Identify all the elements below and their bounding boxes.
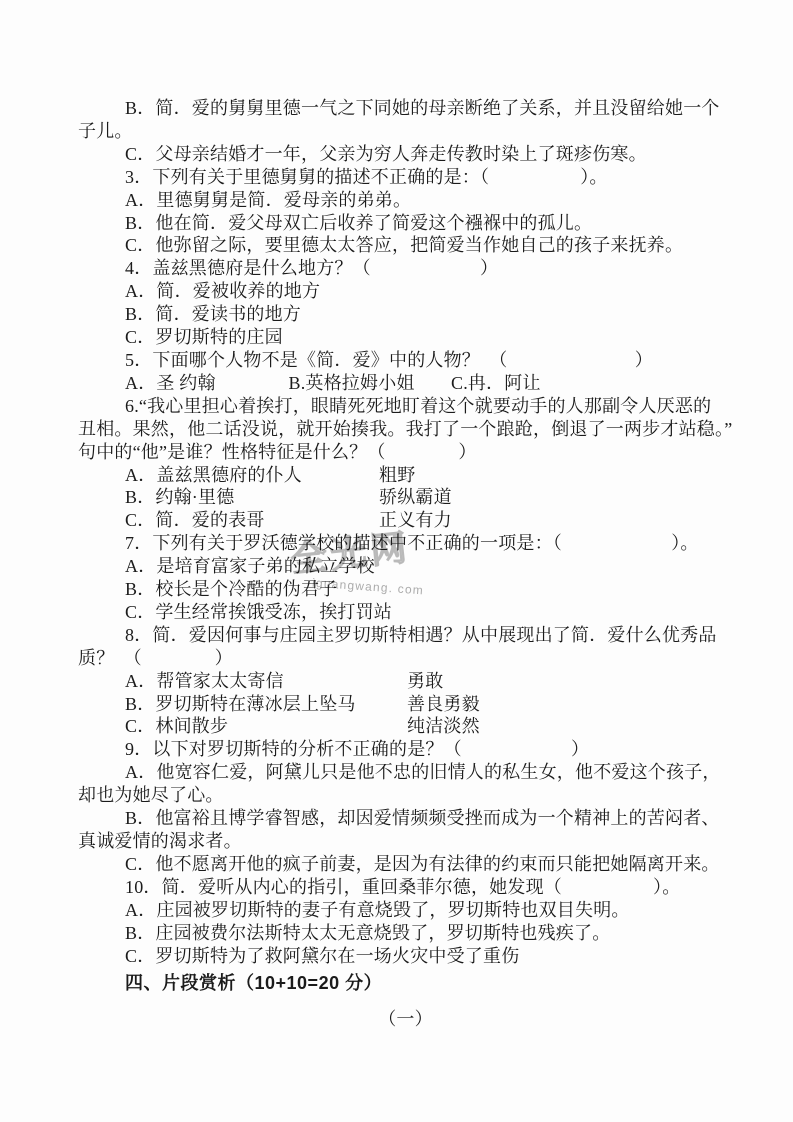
line-text: 6.“我心里担心着挨打，眼睛死死地盯着这个就要动手的人那副令人厌恶的 — [125, 396, 711, 416]
line-text: A．是培育富家子弟的私立学校 — [125, 556, 375, 576]
line-text: 7．下列有关于罗沃德学校的描述中不正确的一项是：（ ）。 — [125, 533, 699, 553]
text-line: C．父母亲结婚才一年，父亲为穷人奔走传教时染上了斑疹伤寒。 — [78, 143, 733, 166]
text-line: C．罗切斯特为了救阿黛尔在一场火灾中受了重伤 — [78, 945, 733, 968]
line-text: A．圣 约翰 B.英格拉姆小姐 C.冉．阿让 — [125, 373, 541, 393]
text-line: C．罗切斯特的庄园 — [78, 326, 733, 349]
text-line: B．简．爱的舅舅里德一气之下同她的母亲断绝了关系，并且没留给她一个 — [78, 97, 733, 120]
line-text: （一） — [378, 1009, 433, 1029]
text-line: 句中的“他”是谁？性格特征是什么？（ ） — [78, 441, 733, 464]
text-line: 10．简．爱听从内心的指引，重回桑菲尔德，她发现（ ）。 — [78, 876, 733, 899]
option-trait: 勇敢 — [360, 670, 443, 693]
option-trait: 正义有力 — [332, 509, 452, 532]
text-line: C．简．爱的表哥正义有力 — [78, 509, 733, 532]
text-line: 5．下面哪个人物不是《简．爱》中的人物？ （ ） — [78, 349, 733, 372]
text-line: C．林间散步纯洁淡然 — [78, 715, 733, 738]
line-text: B．他富裕且博学睿智感，却因爱情频频受挫而成为一个精神上的苦闷者、 — [125, 808, 720, 828]
line-text: B．罗切斯特在薄冰层上坠马 — [125, 694, 356, 714]
text-line: A．是培育富家子弟的私立学校 — [78, 555, 733, 578]
text-line: 9．以下对罗切斯特的分析不正确的是？（ ） — [78, 738, 733, 761]
section-heading: 四、片段赏析（10+10=20 分） — [78, 972, 733, 995]
document-body: B．简．爱的舅舅里德一气之下同她的母亲断绝了关系，并且没留给她一个子儿。C．父母… — [78, 97, 733, 1031]
line-text: B．他在简．爱父母双亡后收养了简爱这个襁褓中的孤儿。 — [125, 213, 592, 233]
line-text: C．罗切斯特为了救阿黛尔在一场火灾中受了重伤 — [125, 946, 519, 966]
text-line: 6.“我心里担心着挨打，眼睛死死地盯着这个就要动手的人那副令人厌恶的 — [78, 395, 733, 418]
line-text: B．简．爱读书的地方 — [125, 304, 301, 324]
line-text: 8．简．爱因何事与庄园主罗切斯特相遇？从中展现出了简．爱什么优秀品 — [125, 625, 717, 645]
option-trait: 骄纵霸道 — [332, 486, 452, 509]
subsection-label: （一） — [78, 1008, 733, 1031]
line-text: C．林间散步 — [125, 716, 228, 736]
text-line: 丑相。果然，他二话没说，就开始揍我。我打了一个踉跄，倒退了一两步才站稳。” — [78, 418, 733, 441]
line-text: A．简．爱被收养的地方 — [125, 281, 320, 301]
text-line: C．他不愿离开他的疯子前妻，是因为有法律的约束而只能把她隔离开来。 — [78, 853, 733, 876]
line-text: 真诚爱情的渴求者。 — [78, 831, 242, 851]
text-line: B．约翰·里德骄纵霸道 — [78, 486, 733, 509]
text-line: B．简．爱读书的地方 — [78, 303, 733, 326]
option-trait: 纯洁淡然 — [360, 715, 480, 738]
line-text: B．庄园被费尔法斯特太太无意烧毁了，罗切斯特也残疾了。 — [125, 923, 610, 943]
line-text: B．简．爱的舅舅里德一气之下同她的母亲断绝了关系，并且没留给她一个 — [125, 98, 720, 118]
text-line: B．校长是个冷酷的伪君子 — [78, 578, 733, 601]
text-line: A．简．爱被收养的地方 — [78, 280, 733, 303]
line-text: 句中的“他”是谁？性格特征是什么？（ ） — [78, 442, 477, 462]
text-line: C．学生经常挨饿受冻，挨打罚站 — [78, 601, 733, 624]
line-text: A．里德舅舅是简．爱母亲的弟弟。 — [125, 190, 411, 210]
text-line: 真诚爱情的渴求者。 — [78, 830, 733, 853]
line-text: 10．简．爱听从内心的指引，重回桑菲尔德，她发现（ ）。 — [125, 877, 680, 897]
line-text: 子儿。 — [78, 121, 133, 141]
line-text: 3．下列有关于里德舅舅的描述不正确的是：（ ）。 — [125, 167, 608, 187]
text-line: B．他富裕且博学睿智感，却因爱情频频受挫而成为一个精神上的苦闷者、 — [78, 807, 733, 830]
text-line: A．他宽容仁爱，阿黛儿只是他不忠的旧情人的私生女，他不爱这个孩子， — [78, 761, 733, 784]
line-text: A．他宽容仁爱，阿黛儿只是他不忠的旧情人的私生女，他不爱这个孩子， — [125, 762, 721, 782]
text-line: A．里德舅舅是简．爱母亲的弟弟。 — [78, 189, 733, 212]
text-line: 7．下列有关于罗沃德学校的描述中不正确的一项是：（ ）。 — [78, 532, 733, 555]
text-line: 3．下列有关于里德舅舅的描述不正确的是：（ ）。 — [78, 166, 733, 189]
option-trait: 善良勇毅 — [360, 693, 480, 716]
line-text: 5．下面哪个人物不是《简．爱》中的人物？ （ ） — [125, 350, 653, 370]
line-text: 却也为她尽了心。 — [78, 785, 224, 805]
text-line: A．帮管家太太寄信勇敢 — [78, 670, 733, 693]
line-text: 丑相。果然，他二话没说，就开始揍我。我打了一个踉跄，倒退了一两步才站稳。” — [78, 419, 732, 439]
line-text: 质？ （ ） — [78, 648, 233, 668]
line-text: 4．盖兹黑德府是什么地方？（ ） — [125, 258, 498, 278]
text-line: 质？ （ ） — [78, 647, 733, 670]
line-text: C．他不愿离开他的疯子前妻，是因为有法律的约束而只能把她隔离开来。 — [125, 854, 720, 874]
option-trait: 粗野 — [332, 464, 415, 487]
text-line: A．庄园被罗切斯特的妻子有意烧毁了，罗切斯特也双目失明。 — [78, 899, 733, 922]
text-line: A．圣 约翰 B.英格拉姆小姐 C.冉．阿让 — [78, 372, 733, 395]
line-text: B．校长是个冷酷的伪君子 — [125, 579, 337, 599]
line-text: C．他弥留之际，要里德太太答应，把简爱当作她自己的孩子来抚养。 — [125, 235, 683, 255]
document-page: 全光网 iguangwang. com B．简．爱的舅舅里德一气之下同她的母亲断… — [0, 0, 793, 1122]
line-text: A．盖兹黑德府的仆人 — [125, 465, 302, 485]
line-text: C．父母亲结婚才一年，父亲为穷人奔走传教时染上了斑疹伤寒。 — [125, 144, 647, 164]
text-line: A．盖兹黑德府的仆人粗野 — [78, 464, 733, 487]
text-line: 却也为她尽了心。 — [78, 784, 733, 807]
line-text: C．学生经常挨饿受冻，挨打罚站 — [125, 602, 392, 622]
line-text: B．约翰·里德 — [125, 487, 234, 507]
line-text: 四、片段赏析（10+10=20 分） — [125, 973, 382, 993]
text-line: C．他弥留之际，要里德太太答应，把简爱当作她自己的孩子来抚养。 — [78, 234, 733, 257]
text-line: 4．盖兹黑德府是什么地方？（ ） — [78, 257, 733, 280]
line-text: 9．以下对罗切斯特的分析不正确的是？（ ） — [125, 739, 589, 759]
text-line: 8．简．爱因何事与庄园主罗切斯特相遇？从中展现出了简．爱什么优秀品 — [78, 624, 733, 647]
text-line: B．罗切斯特在薄冰层上坠马善良勇毅 — [78, 693, 733, 716]
line-text: C．简．爱的表哥 — [125, 510, 265, 530]
line-text: A．庄园被罗切斯特的妻子有意烧毁了，罗切斯特也双目失明。 — [125, 900, 630, 920]
line-text: A．帮管家太太寄信 — [125, 671, 284, 691]
text-line: B．庄园被费尔法斯特太太无意烧毁了，罗切斯特也残疾了。 — [78, 922, 733, 945]
text-line: B．他在简．爱父母双亡后收养了简爱这个襁褓中的孤儿。 — [78, 212, 733, 235]
text-line: 子儿。 — [78, 120, 733, 143]
line-text: C．罗切斯特的庄园 — [125, 327, 283, 347]
